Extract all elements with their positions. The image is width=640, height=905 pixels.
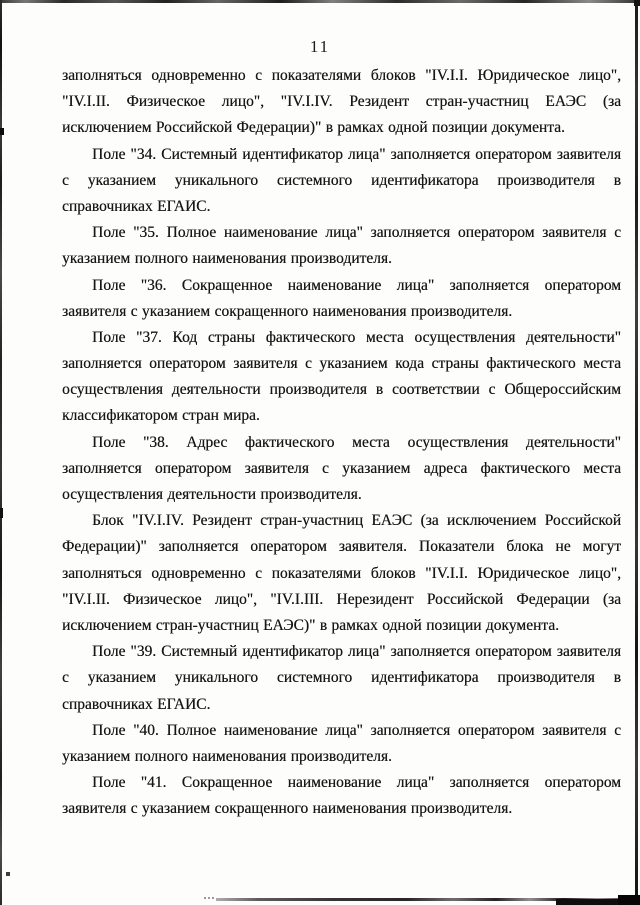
text-line: с указанием уникального системного идент… (62, 168, 621, 194)
text-line: Поле "40. Полное наименование лица" запо… (62, 718, 621, 744)
text-line: Поле "41. Сокращенное наименование лица"… (62, 770, 621, 796)
scan-speck (634, 0, 640, 6)
page-number: 11 (0, 37, 640, 57)
text-line: заполняться одновременно с показателями … (62, 561, 621, 587)
text-line: осуществления деятельности производителя… (62, 377, 621, 403)
text-line: заполняться одновременно с показателями … (62, 63, 621, 89)
scan-edge-top (0, 0, 640, 3)
text-line: исключением стран-участниц ЕАЭС)" в рамк… (62, 613, 621, 639)
text-line: справочниках ЕГАИС. (62, 692, 621, 718)
text-line: Блок "IV.I.IV. Резидент стран-участниц Е… (62, 508, 621, 534)
text-line: осуществления деятельности производителя… (62, 482, 621, 508)
text-line: справочниках ЕГАИС. (62, 194, 621, 220)
text-line: Поле "35. Полное наименование лица" запо… (62, 220, 621, 246)
text-line: Поле "34. Системный идентификатор лица" … (62, 142, 621, 168)
text-line: Поле "36. Сокращенное наименование лица"… (62, 273, 621, 299)
document-text: заполняться одновременно с показателями … (62, 63, 621, 822)
text-line: заявителя с указанием сокращенного наиме… (62, 299, 621, 325)
text-line: Поле "38. Адрес фактического места осуще… (62, 430, 621, 456)
text-line: заполняется оператором заявителя с указа… (62, 351, 621, 377)
text-line: исключением Российской Федерации)" в рам… (62, 115, 621, 141)
scan-speck (0, 508, 3, 518)
text-line: заполняется оператором заявителя с указа… (62, 456, 621, 482)
scan-artifact-corner (618, 895, 640, 905)
text-line: Поле "37. Код страны фактического места … (62, 325, 621, 351)
text-line: "IV.I.II. Физическое лицо", "IV.I.III. Н… (62, 587, 621, 613)
scan-speck (6, 872, 10, 876)
text-line: с указанием уникального системного идент… (62, 665, 621, 691)
document-page: 11 заполняться одновременно с показателя… (0, 0, 640, 905)
scan-speck (0, 128, 4, 135)
text-line: Федерации)" заполняется оператором заяви… (62, 534, 621, 560)
text-line: классификатором стран мира. (62, 403, 621, 429)
text-line: указанием полного наименования производи… (62, 246, 621, 272)
scan-artifact-ticks (204, 897, 216, 899)
scan-edge-left (0, 0, 2, 905)
scan-edge-right (635, 0, 638, 905)
text-line: "IV.I.II. Физическое лицо", "IV.I.IV. Ре… (62, 89, 621, 115)
text-line: Поле "39. Системный идентификатор лица" … (62, 639, 621, 665)
text-line: заявителя с указанием сокращенного наиме… (62, 796, 621, 822)
text-line: указанием полного наименования производи… (62, 744, 621, 770)
